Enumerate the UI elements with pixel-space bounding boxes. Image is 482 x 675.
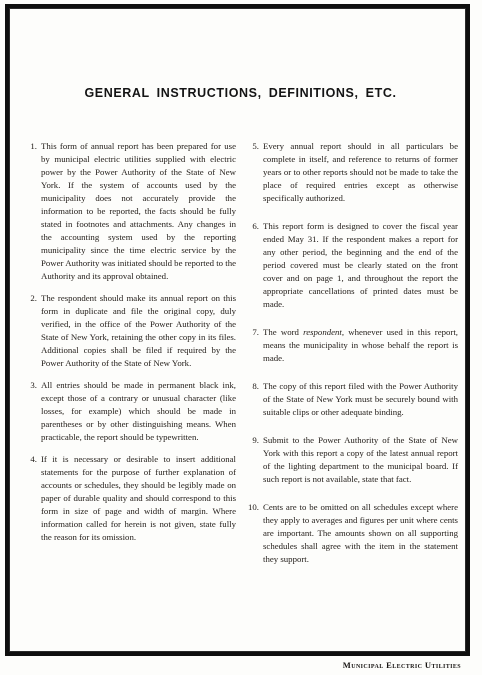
item-number: 4. — [23, 453, 41, 544]
item-number: 9. — [245, 434, 263, 486]
right-column: 5.Every annual report should in all part… — [245, 140, 458, 581]
item-number: 8. — [245, 380, 263, 419]
item-text: Every annual report should in all partic… — [263, 140, 458, 205]
item-number: 5. — [245, 140, 263, 205]
document-page: GENERAL INSTRUCTIONS, DEFINITIONS, ETC. … — [0, 0, 482, 675]
item-text: Submit to the Power Authority of the Sta… — [263, 434, 458, 486]
instruction-item: 7.The word respondent, whenever used in … — [245, 326, 458, 365]
item-number: 6. — [245, 220, 263, 311]
instruction-item: 1.This form of annual report has been pr… — [23, 140, 236, 283]
instruction-columns: 1.This form of annual report has been pr… — [23, 140, 458, 581]
item-number: 1. — [23, 140, 41, 283]
instruction-item: 3.All entries should be made in permanen… — [23, 379, 236, 444]
page-content: GENERAL INSTRUCTIONS, DEFINITIONS, ETC. … — [11, 10, 464, 650]
page-title: GENERAL INSTRUCTIONS, DEFINITIONS, ETC. — [23, 86, 458, 100]
item-text: All entries should be made in permanent … — [41, 379, 236, 444]
item-number: 3. — [23, 379, 41, 444]
instruction-item: 5.Every annual report should in all part… — [245, 140, 458, 205]
instruction-item: 10.Cents are to be omitted on all schedu… — [245, 501, 458, 566]
item-text: This form of annual report has been prep… — [41, 140, 236, 283]
instruction-item: 4.If it is necessary or desirable to ins… — [23, 453, 236, 544]
instruction-item: 6.This report form is designed to cover … — [245, 220, 458, 311]
item-text: Cents are to be omitted on all schedules… — [263, 501, 458, 566]
page-border-frame: GENERAL INSTRUCTIONS, DEFINITIONS, ETC. … — [5, 4, 470, 656]
item-text: This report form is designed to cover th… — [263, 220, 458, 311]
page-border-inner-rule: GENERAL INSTRUCTIONS, DEFINITIONS, ETC. … — [9, 8, 466, 652]
item-text: If it is necessary or desirable to inser… — [41, 453, 236, 544]
instruction-item: 8.The copy of this report filed with the… — [245, 380, 458, 419]
item-number: 7. — [245, 326, 263, 365]
item-text: The copy of this report filed with the P… — [263, 380, 458, 419]
footer-running-title: Municipal Electric Utilities — [343, 660, 461, 670]
item-number: 2. — [23, 292, 41, 370]
item-number: 10. — [245, 501, 263, 566]
instruction-item: 9.Submit to the Power Authority of the S… — [245, 434, 458, 486]
left-column: 1.This form of annual report has been pr… — [23, 140, 236, 581]
instruction-item: 2.The respondent should make its annual … — [23, 292, 236, 370]
item-text: The respondent should make its annual re… — [41, 292, 236, 370]
item-text: The word respondent, whenever used in th… — [263, 326, 458, 365]
